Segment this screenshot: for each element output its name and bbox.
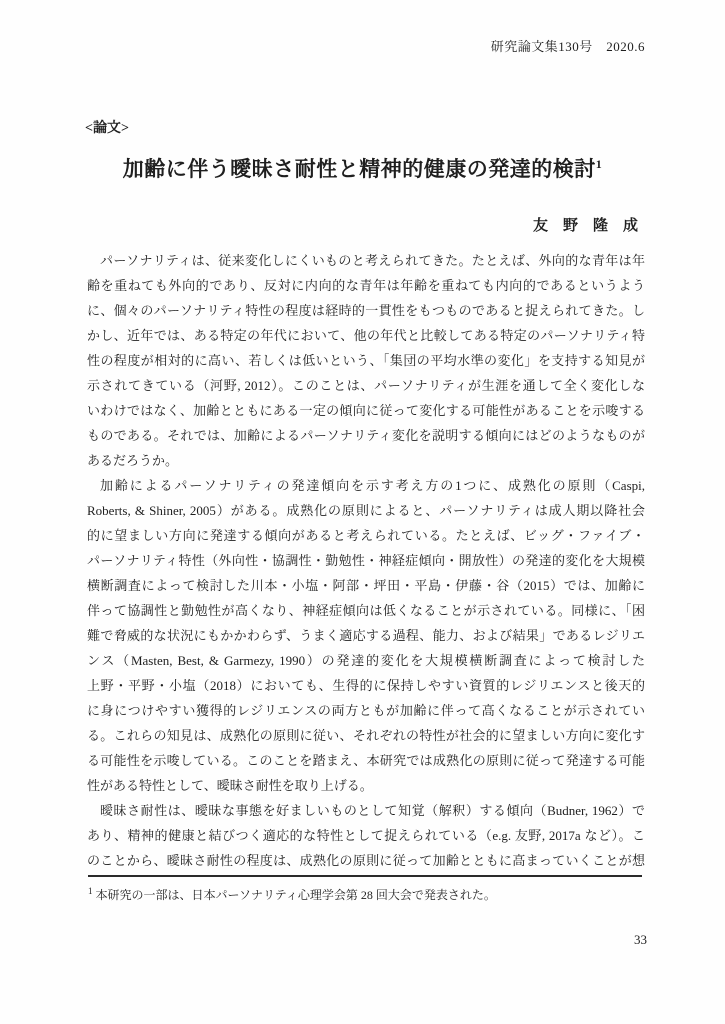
body-paragraph: 加齢によるパーソナリティの発達傾向を示す考え方の1つに、成熟化の原則（Caspi…: [87, 473, 645, 798]
body-text-line: 難で脅威的な状況にもかかわらず、うまく適応する過程、能力、および結果」であるレジ…: [87, 623, 645, 648]
body-text-line: 横断調査によって検討した川本・小塩・阿部・坪田・平島・伊藤・谷（2015）では、…: [87, 573, 645, 598]
body-text-line: いわけではなく、加齢とともにある一定の傾向に従って変化する可能性があることを示唆…: [87, 398, 645, 423]
body-text-line: 上野・平野・小塩（2018）においても、生得的に保持しやすい資質的レジリエンスと…: [87, 673, 645, 698]
body-text-line: に、個々のパーソナリティ特性の程度は経時的一貫性をもつものであると捉えられてきた…: [87, 298, 645, 323]
footnote-marker: 1: [88, 886, 93, 896]
body-text-line: 的に望ましい方向に発達する傾向があると考えられている。たとえば、ビッグ・ファイブ…: [87, 523, 645, 548]
paper-page: 研究論文集130号 2020.6 <論文> 加齢に伴う曖昧さ耐性と精神的健康の発…: [0, 0, 725, 1024]
body-text-line: に身につけやすい獲得的レジリエンスの両方ともが加齢に伴って高くなることが示されて…: [87, 698, 645, 723]
footnote: 1本研究の一部は、日本パーソナリティ心理学会第 28 回大会で発表された。: [88, 886, 646, 904]
body-text-line: あり、精神的健康と結びつく適応的な特性として捉えられている（e.g. 友野, 2…: [87, 823, 645, 848]
body-text: パーソナリティは、従来変化しにくいものと考えられてきた。たとえば、外向的な青年は…: [87, 248, 645, 873]
page-number: 33: [634, 932, 647, 948]
body-text-line: 示されてきている（河野, 2012）。このことは、パーソナリティが生涯を通して全…: [87, 373, 645, 398]
footnote-text: 本研究の一部は、日本パーソナリティ心理学会第 28 回大会で発表された。: [96, 888, 496, 902]
paper-title: 加齢に伴う曖昧さ耐性と精神的健康の発達的検討1: [0, 153, 725, 183]
body-text-line: かし、近年では、ある特定の年代において、他の年代と比較してある特定のパーソナリテ…: [87, 323, 645, 348]
article-type-label: <論文>: [85, 117, 129, 137]
body-text-line: る可能性を示唆している。このことを踏まえ、本研究では成熟化の原則に従って発達する…: [87, 748, 645, 773]
author-name: 友 野 隆 成: [0, 214, 638, 235]
journal-issue-header: 研究論文集130号 2020.6: [0, 36, 645, 55]
body-text-line: 性の程度が相対的に高い、若しくは低いという、「集団の平均水準の変化」を支持する知…: [87, 348, 645, 373]
body-text-line: 曖昧さ耐性は、曖昧な事態を好ましいものとして知覚（解釈）する傾向（Budner,…: [87, 798, 645, 823]
body-text-line: Roberts, & Shiner, 2005）がある。成熟化の原則によると、パ…: [87, 498, 645, 523]
paper-title-text: 加齢に伴う曖昧さ耐性と精神的健康の発達的検討: [123, 157, 596, 181]
body-text-line: パーソナリティ特性（外向性・協調性・勤勉性・神経症傾向・開放性）の発達的変化を大…: [87, 548, 645, 573]
body-text-line: パーソナリティは、従来変化しにくいものと考えられてきた。たとえば、外向的な青年は…: [87, 248, 645, 273]
body-paragraph: パーソナリティは、従来変化しにくいものと考えられてきた。たとえば、外向的な青年は…: [87, 248, 645, 473]
title-footnote-marker: 1: [596, 157, 603, 171]
body-text-line: 齢を重ねても外向的であり、反対に内向的な青年は年齢を重ねても内向的であるというよ…: [87, 273, 645, 298]
body-text-line: のことから、曖昧さ耐性の程度は、成熟化の原則に従って加齢とともに高まっていくこと…: [87, 848, 645, 873]
body-text-line: 伴って協調性と勤勉性が高くなり、神経症傾向は低くなることが示されている。同様に、…: [87, 598, 645, 623]
footnote-divider: [88, 875, 642, 877]
body-text-line: あるだろうか。: [87, 448, 645, 473]
body-text-line: ンス（Masten, Best, & Garmezy, 1990）の発達的変化を…: [87, 648, 645, 673]
body-paragraph: 曖昧さ耐性は、曖昧な事態を好ましいものとして知覚（解釈）する傾向（Budner,…: [87, 798, 645, 873]
body-text-line: る。これらの知見は、成熟化の原則に従い、それぞれの特性が社会的に望ましい方向に変…: [87, 723, 645, 748]
body-text-line: 加齢によるパーソナリティの発達傾向を示す考え方の1つに、成熟化の原則（Caspi…: [87, 473, 645, 498]
body-text-line: 性がある特性として、曖昧さ耐性を取り上げる。: [87, 773, 645, 798]
body-text-line: ものである。それでは、加齢によるパーソナリティ変化を説明する傾向にはどのようなも…: [87, 423, 645, 448]
